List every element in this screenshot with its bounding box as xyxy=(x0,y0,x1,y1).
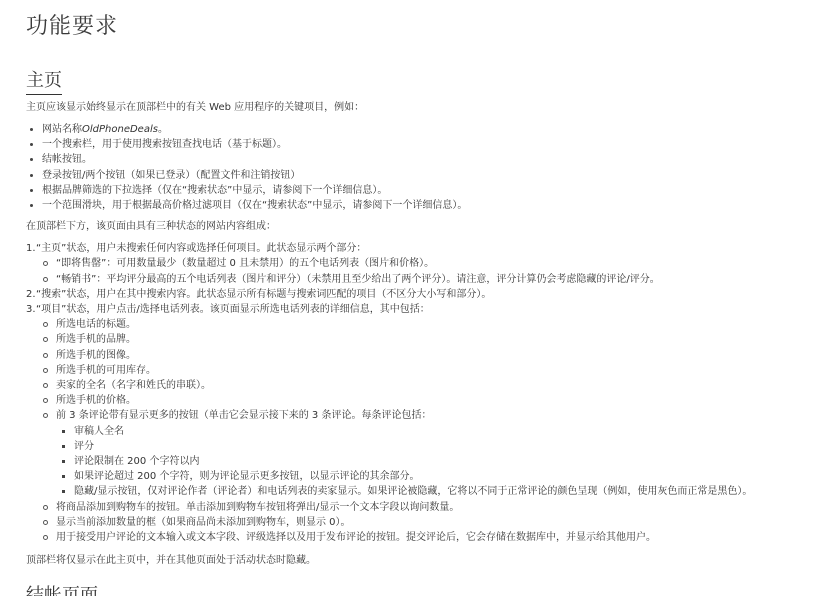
list-item: 所选手机的可用库存。 xyxy=(36,363,840,378)
list-item: 登录按钮/两个按钮（如果已登录）（配置文件和注销按钮） xyxy=(26,168,840,183)
document: 功能要求 主页 主页应该显示始终显示在顶部栏中的有关 Web 应用程序的关键项目… xyxy=(0,0,840,596)
list-item: 评论限制在 200 个字符以内 xyxy=(56,454,840,469)
list-item: 评分 xyxy=(56,439,840,454)
item-state-sublist: 所选电话的标题。 所选手机的品牌。 所选手机的图像。 所选手机的可用库存。 卖家… xyxy=(36,317,840,545)
page-title: 功能要求 xyxy=(26,0,840,42)
list-item: 网站名称OldPhoneDeals。 xyxy=(26,122,840,137)
list-item: 卖家的全名（名字和姓氏的串联）。 xyxy=(36,378,840,393)
list-item: 隐藏/显示按钮，仅对评论作者（评论者）和电话列表的卖家显示。如果评论被隐藏，它将… xyxy=(56,484,840,499)
list-item: 用于接受用户评论的文本输入或文本字段、评级选择以及用于发布评论的按钮。提交评论后… xyxy=(36,530,840,545)
state-item-search: 2. “搜索”状态，用户在其中搜索内容。此状态显示所有标题与搜索词匹配的项目（不… xyxy=(26,287,840,302)
list-item: “畅销书”：平均评分最高的五个电话列表（图片和评分）（未禁用且至少给出了两个评分… xyxy=(36,272,840,287)
list-item: 所选手机的价格。 xyxy=(36,393,840,408)
list-item: 审稿人全名 xyxy=(56,424,840,439)
list-item: 结帐按钮。 xyxy=(26,152,840,167)
states-list: 1. “主页”状态，用户未搜索任何内容或选择任何项目。此状态显示两个部分： “即… xyxy=(26,241,840,545)
home-state-sublist: “即将售罄”：可用数量最少（数量超过 0 且未禁用）的五个电话列表（图片和价格）… xyxy=(36,256,840,286)
list-item: 前 3 条评论带有显示更多的按钮（单击它会显示接下来的 3 条评论。每条评论包括… xyxy=(36,408,840,499)
list-item: 根据品牌筛选的下拉选择（仅在“搜索状态”中显示，请参阅下一个详细信息）。 xyxy=(26,183,840,198)
list-item: 将商品添加到购物车的按钮。单击添加到购物车按钮将弹出/显示一个文本字段以询问数量… xyxy=(36,500,840,515)
list-item: 所选电话的标题。 xyxy=(36,317,840,332)
list-item: 如果评论超过 200 个字符，则为评论显示更多按钮，以显示评论的其余部分。 xyxy=(56,469,840,484)
review-fields-list: 审稿人全名 评分 评论限制在 200 个字符以内 如果评论超过 200 个字符，… xyxy=(56,424,840,500)
list-item: 一个范围滑块，用于根据最高价格过滤项目（仅在“搜索状态”中显示，请参阅下一个详细… xyxy=(26,198,840,213)
closing-paragraph: 顶部栏将仅显示在此主页中，并在其他页面处于活动状态时隐藏。 xyxy=(26,554,840,568)
next-section-heading-partial: 结帐页面 xyxy=(26,584,840,596)
list-item: 显示当前添加数量的框（如果商品尚未添加到购物车，则显示 0）。 xyxy=(36,515,840,530)
site-name: OldPhoneDeals xyxy=(82,124,158,135)
list-item: 所选手机的图像。 xyxy=(36,348,840,363)
topbar-items-list: 网站名称OldPhoneDeals。 一个搜索栏，用于使用搜索按钮查找电话（基于… xyxy=(26,122,840,213)
state-item-item: 3. “项目”状态，用户点击/选择电话列表。该页面显示所选电话列表的详细信息，其… xyxy=(26,302,840,545)
list-item: 一个搜索栏，用于使用搜索按钮查找电话（基于标题）。 xyxy=(26,137,840,152)
list-item: “即将售罄”：可用数量最少（数量超过 0 且未禁用）的五个电话列表（图片和价格）… xyxy=(36,256,840,271)
section-heading-home: 主页 xyxy=(26,70,62,95)
home-intro-paragraph: 主页应该显示始终显示在顶部栏中的有关 Web 应用程序的关键项目，例如： xyxy=(26,101,840,115)
states-intro-paragraph: 在顶部栏下方，该页面由具有三种状态的网站内容组成： xyxy=(26,220,840,234)
state-item-home: 1. “主页”状态，用户未搜索任何内容或选择任何项目。此状态显示两个部分： “即… xyxy=(26,241,840,287)
list-item: 所选手机的品牌。 xyxy=(36,332,840,347)
